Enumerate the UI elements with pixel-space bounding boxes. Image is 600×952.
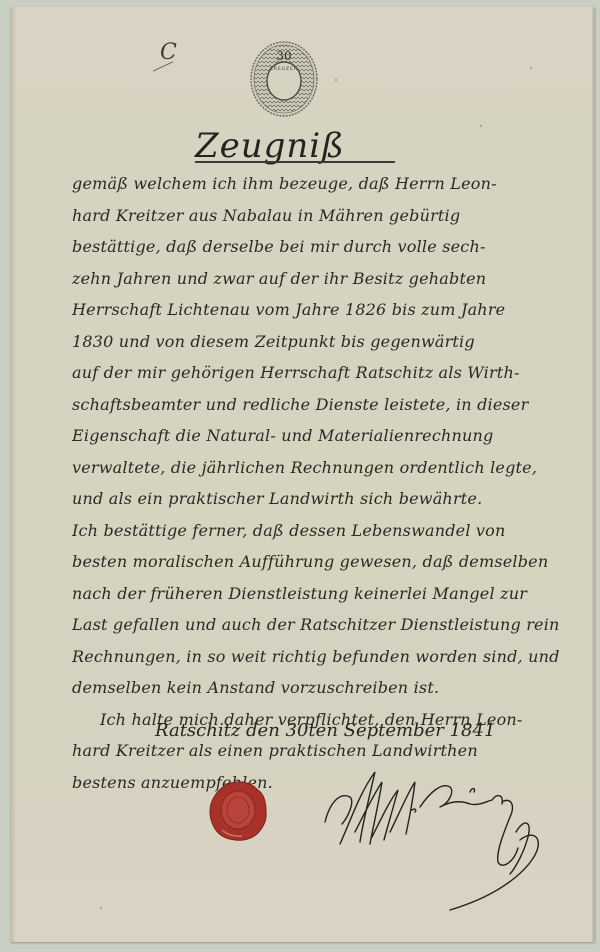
place-and-date: Ratschitz den 30ten September 1841 — [155, 720, 495, 741]
text-line: zehn Jahren und zwar auf der ihr Besitz … — [72, 263, 572, 295]
text-line: Rechnungen, in so weit richtig befunden … — [72, 641, 572, 673]
signature-text: signature (illegible) — [345, 790, 585, 818]
title-underline — [195, 161, 395, 163]
corner-mark: C — [160, 40, 177, 65]
text-line: verwaltete, die jährlichen Rechnungen or… — [72, 452, 572, 484]
paper-speck — [335, 79, 337, 81]
paper-speck — [480, 125, 482, 127]
paper-speck — [530, 67, 532, 69]
document-title: Zeugniß — [195, 126, 345, 166]
text-line: Eigenschaft die Natural- und Materialien… — [72, 420, 572, 452]
text-line: gemäß welchem ich ihm bezeuge, daß Herrn… — [72, 168, 572, 200]
text-line: hard Kreitzer aus Nabalau in Mähren gebü… — [72, 200, 572, 232]
text-line: und als ein praktischer Landwirth sich b… — [72, 483, 572, 515]
signature — [320, 762, 580, 922]
revenue-stamp-icon: 30 KREUZER — [249, 40, 319, 118]
text-line: nach der früheren Dienstleistung keinerl… — [72, 578, 572, 610]
text-line: Herrschaft Lichtenau vom Jahre 1826 bis … — [72, 294, 572, 326]
text-line: Last gefallen und auch der Ratschitzer D… — [72, 609, 572, 641]
svg-text:KREUZER: KREUZER — [270, 66, 298, 72]
wax-seal-icon — [208, 780, 268, 842]
text-line: schaftsbeamter und redliche Dienste leis… — [72, 389, 572, 421]
text-line: auf der mir gehörigen Herrschaft Ratschi… — [72, 357, 572, 389]
paper-speck — [100, 907, 102, 909]
svg-text:30: 30 — [276, 49, 291, 63]
text-line: besten moralischen Aufführung gewesen, d… — [72, 546, 572, 578]
text-line: bestättige, daß derselbe bei mir durch v… — [72, 231, 572, 263]
text-line: 1830 und von diesem Zeitpunkt bis gegenw… — [72, 326, 572, 358]
text-line: Ich bestättige ferner, daß dessen Lebens… — [72, 515, 572, 547]
document-body: gemäß welchem ich ihm bezeuge, daß Herrn… — [72, 168, 572, 798]
text-line: demselben kein Anstand vorzuschreiben is… — [72, 672, 572, 704]
